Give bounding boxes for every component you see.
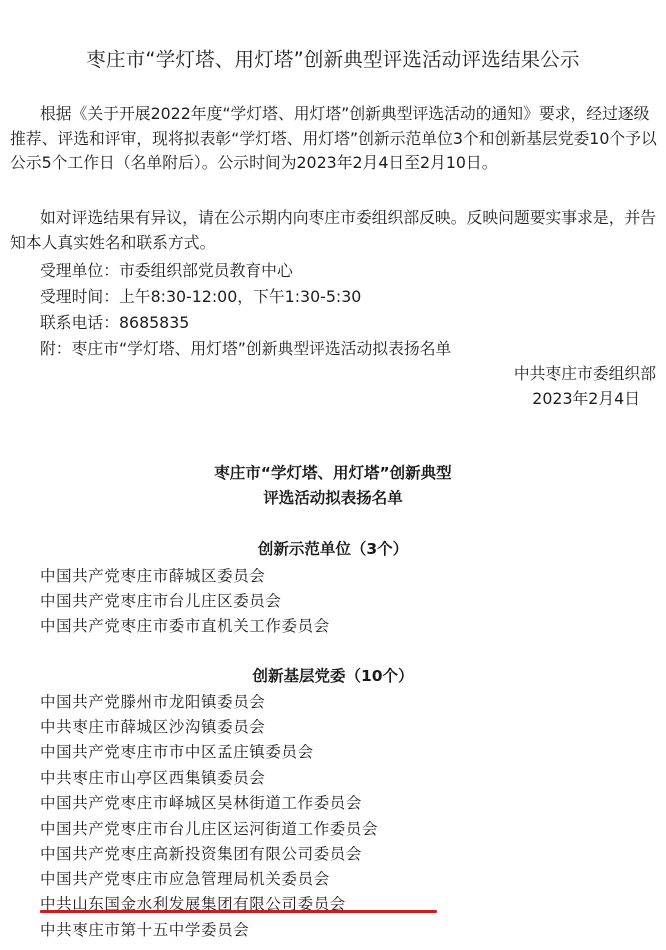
- notice-paragraph-1: 根据《关于开展2022年度“学灯塔、用灯塔”创新典型评选活动的通知》要求，经过逐…: [10, 102, 658, 176]
- list-item: 中国共产党枣庄市应急管理局机关委员会: [40, 867, 330, 889]
- list-item: 中国共产党枣庄市薛城区委员会: [40, 564, 265, 586]
- section-heading-grassroots: 创新基层党委（10个）: [0, 664, 666, 686]
- list-item: 中国共产党枣庄市峄城区吴林街道工作委员会: [40, 791, 362, 813]
- page-title: 枣庄市“学灯塔、用灯塔”创新典型评选活动评选结果公示: [0, 44, 666, 72]
- list-item: 中国共产党枣庄市市中区孟庄镇委员会: [40, 740, 314, 762]
- list-item: 中共枣庄市薛城区沙沟镇委员会: [40, 715, 265, 737]
- section-heading-demo-units: 创新示范单位（3个）: [0, 537, 666, 559]
- list-item: 中国共产党枣庄市台儿庄区委员会: [40, 589, 282, 611]
- list-item: 中国共产党滕州市龙阳镇委员会: [40, 690, 265, 712]
- notice-paragraph-2: 如对评选结果有异议，请在公示期内向枣庄市委组织部反映。反映问题要实事求是，并告知…: [10, 206, 658, 255]
- attachment-note: 附：枣庄市“学灯塔、用灯塔”创新典型评选活动拟表扬名单: [40, 336, 451, 359]
- signature-org: 中共枣庄市委组织部: [514, 361, 656, 384]
- list-item: 中国共产党枣庄市台儿庄区运河街道工作委员会: [40, 817, 378, 839]
- list-item: 中国共产党枣庄高新投资集团有限公司委员会: [40, 842, 362, 864]
- red-underline-highlight: [40, 910, 437, 913]
- list-title-line-2: 评选活动拟表扬名单: [0, 486, 666, 508]
- list-item: 中共枣庄市山亭区西集镇委员会: [40, 766, 265, 788]
- list-item: 中共枣庄市第十五中学委员会: [40, 918, 249, 940]
- signature-date: 2023年2月4日: [532, 386, 640, 409]
- list-item: 中国共产党枣庄市委市直机关工作委员会: [40, 614, 330, 636]
- accepting-unit: 受理单位：市委组织部党员教育中心: [40, 258, 293, 281]
- contact-phone: 联系电话：8685835: [40, 310, 189, 333]
- list-title-line-1: 枣庄市“学灯塔、用灯塔”创新典型: [0, 461, 666, 483]
- accepting-time: 受理时间：上午8:30-12:00，下午1:30-5:30: [40, 284, 361, 307]
